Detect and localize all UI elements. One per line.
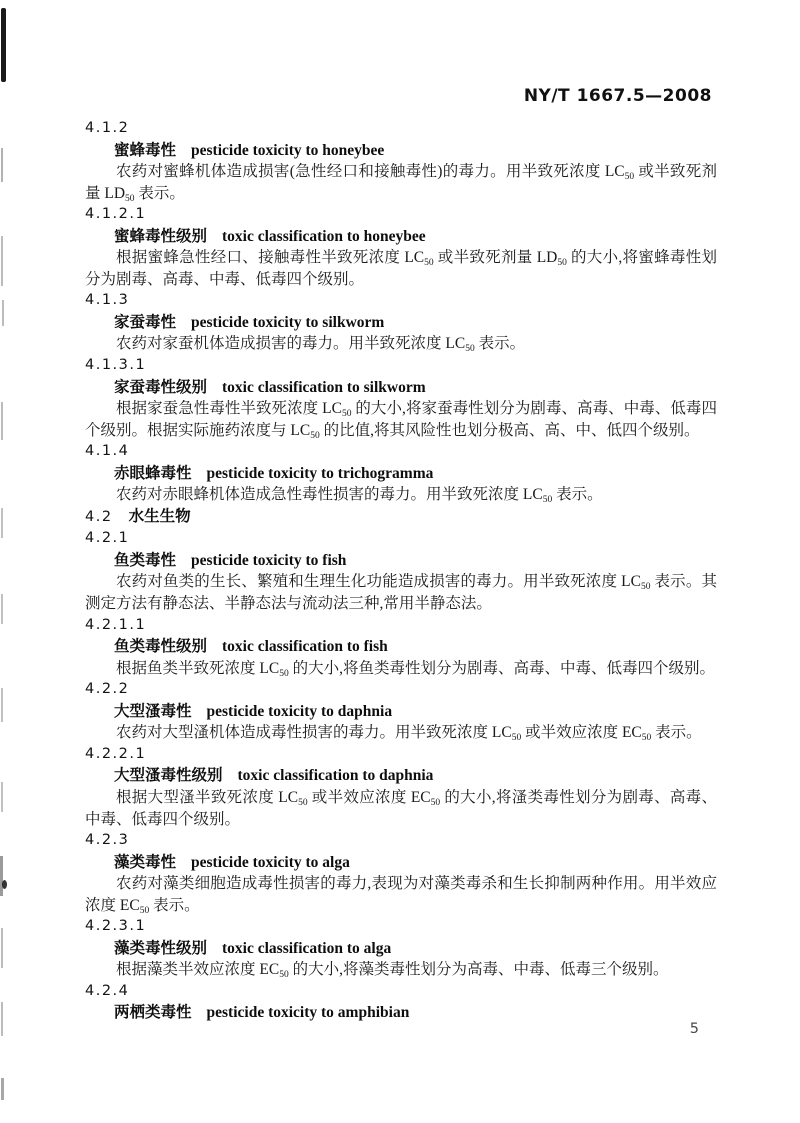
clause-number: 4.2.2 bbox=[85, 679, 717, 701]
scan-artifact bbox=[2, 880, 7, 889]
clause-term-en: toxic classification to honeybee bbox=[222, 228, 426, 245]
clause-number: 4.1.4 bbox=[85, 441, 717, 463]
scan-artifact bbox=[2, 300, 4, 326]
scan-artifact bbox=[1, 1002, 3, 1036]
clause-term-en: toxic classification to silkworm bbox=[222, 379, 426, 396]
clause-term: 大型溞毒性级别 bbox=[114, 766, 223, 784]
scan-artifact bbox=[1, 688, 3, 722]
clause-term-line: 藻类毒性pesticide toxicity to alga bbox=[85, 852, 717, 874]
clause-term-en: pesticide toxicity to honeybee bbox=[191, 142, 384, 159]
standard-number-header: NY/T 1667.5—2008 bbox=[524, 86, 712, 106]
clause-term-en: pesticide toxicity to amphibian bbox=[207, 1004, 410, 1021]
clause-4.1.3: 4.1.3家蚕毒性pesticide toxicity to silkworm农… bbox=[85, 290, 717, 355]
clause-number: 4.2.2.1 bbox=[85, 744, 717, 766]
clause-number: 4.1.2.1 bbox=[85, 204, 717, 226]
clause-4.1.4: 4.1.4赤眼蜂毒性pesticide toxicity to trichogr… bbox=[85, 441, 717, 506]
clause-term-line: 大型溞毒性级别toxic classification to daphnia bbox=[85, 765, 717, 787]
document-page: NY/T 1667.5—2008 4.1.2蜜蜂毒性pesticide toxi… bbox=[0, 0, 800, 1123]
clause-number: 4.2.3.1 bbox=[85, 916, 717, 938]
scan-artifact bbox=[1, 236, 3, 286]
clause-term-en: pesticide toxicity to fish bbox=[191, 552, 346, 569]
clause-number: 4.2.4 bbox=[85, 981, 717, 1003]
clause-body: 根据蜜蜂急性经口、接触毒性半致死浓度 LC50 或半致死剂量 LD50 的大小,… bbox=[85, 247, 717, 290]
clause-4.2.2: 4.2.2大型溞毒性pesticide toxicity to daphnia农… bbox=[85, 679, 717, 744]
clause-term-line: 鱼类毒性pesticide toxicity to fish bbox=[85, 550, 717, 572]
clause-term: 大型溞毒性 bbox=[114, 702, 192, 720]
clause-term-en: pesticide toxicity to alga bbox=[191, 854, 350, 871]
clause-body: 根据家蚕急性毒性半致死浓度 LC50 的大小,将家蚕毒性划分为剧毒、高毒、中毒、… bbox=[85, 398, 717, 441]
scan-artifact bbox=[1, 8, 6, 82]
scan-artifact bbox=[1, 402, 3, 440]
document-content: 4.1.2蜜蜂毒性pesticide toxicity to honeybee农… bbox=[85, 118, 717, 1024]
clause-4.2: 4.2水生生物 bbox=[85, 506, 717, 529]
clause-body: 根据鱼类半致死浓度 LC50 的大小,将鱼类毒性划分为剧毒、高毒、中毒、低毒四个… bbox=[85, 658, 717, 680]
clause-4.2.4: 4.2.4两栖类毒性pesticide toxicity to amphibia… bbox=[85, 981, 717, 1024]
clause-term-line: 藻类毒性级别toxic classification to alga bbox=[85, 938, 717, 960]
clause-term-line: 鱼类毒性级别toxic classification to fish bbox=[85, 636, 717, 658]
clause-body: 农药对家蚕机体造成损害的毒力。用半致死浓度 LC50 表示。 bbox=[85, 333, 717, 355]
clause-term: 水生生物 bbox=[129, 507, 191, 525]
clause-term-en: pesticide toxicity to silkworm bbox=[191, 314, 384, 331]
clause-term-en: pesticide toxicity to trichogramma bbox=[207, 465, 434, 482]
clause-term: 藻类毒性级别 bbox=[114, 939, 207, 957]
clause-term-line: 赤眼蜂毒性pesticide toxicity to trichogramma bbox=[85, 463, 717, 485]
clause-number: 4.2.3 bbox=[85, 830, 717, 852]
clause-term-line: 蜜蜂毒性pesticide toxicity to honeybee bbox=[85, 140, 717, 162]
clause-4.1.3.1: 4.1.3.1家蚕毒性级别toxic classification to sil… bbox=[85, 355, 717, 441]
scan-artifact bbox=[1, 1078, 4, 1100]
clause-term-en: toxic classification to daphnia bbox=[238, 767, 434, 784]
clause-4.2.3: 4.2.3藻类毒性pesticide toxicity to alga农药对藻类… bbox=[85, 830, 717, 916]
clause-term: 鱼类毒性级别 bbox=[114, 637, 207, 655]
clause-term-line: 家蚕毒性pesticide toxicity to silkworm bbox=[85, 312, 717, 334]
clause-term-en: pesticide toxicity to daphnia bbox=[207, 703, 393, 720]
page-number: 5 bbox=[690, 1021, 699, 1037]
clause-term: 藻类毒性 bbox=[114, 853, 176, 871]
scan-artifact bbox=[1, 148, 3, 182]
clause-term-en: toxic classification to fish bbox=[222, 638, 388, 655]
clause-body: 根据藻类半效应浓度 EC50 的大小,将藻类毒性划分为高毒、中毒、低毒三个级别。 bbox=[85, 959, 717, 981]
clause-number: 4.1.2 bbox=[85, 118, 717, 140]
clause-number: 4.1.3 bbox=[85, 290, 717, 312]
clause-term: 蜜蜂毒性级别 bbox=[114, 227, 207, 245]
clause-4.1.2: 4.1.2蜜蜂毒性pesticide toxicity to honeybee农… bbox=[85, 118, 717, 204]
clause-body: 农药对大型溞机体造成毒性损害的毒力。用半致死浓度 LC50 或半效应浓度 EC5… bbox=[85, 722, 717, 744]
clause-body: 根据大型溞半致死浓度 LC50 或半效应浓度 EC50 的大小,将溞类毒性划分为… bbox=[85, 787, 717, 830]
clause-term: 鱼类毒性 bbox=[114, 551, 176, 569]
clause-body: 农药对藻类细胞造成毒性损害的毒力,表现为对藻类毒杀和生长抑制两种作用。用半效应浓… bbox=[85, 873, 717, 916]
scan-artifact bbox=[0, 856, 3, 896]
clause-term: 赤眼蜂毒性 bbox=[114, 464, 192, 482]
clause-term-en: toxic classification to alga bbox=[222, 940, 391, 957]
clause-body: 农药对鱼类的生长、繁殖和生理生化功能造成损害的毒力。用半致死浓度 LC50 表示… bbox=[85, 571, 717, 614]
scan-artifact bbox=[1, 594, 3, 624]
clause-term-line: 两栖类毒性pesticide toxicity to amphibian bbox=[85, 1002, 717, 1024]
clause-term: 蜜蜂毒性 bbox=[114, 141, 176, 159]
scan-artifact bbox=[1, 928, 3, 968]
clause-term-line: 蜜蜂毒性级别toxic classification to honeybee bbox=[85, 226, 717, 248]
clause-number: 4.2 bbox=[85, 509, 113, 525]
scan-artifact bbox=[1, 508, 3, 538]
clause-body: 农药对蜜蜂机体造成损害(急性经口和接触毒性)的毒力。用半致死浓度 LC50 或半… bbox=[85, 161, 717, 204]
clause-number: 4.2.1.1 bbox=[85, 615, 717, 637]
clause-number: 4.2.1 bbox=[85, 528, 717, 550]
clause-number: 4.1.3.1 bbox=[85, 355, 717, 377]
clause-term: 两栖类毒性 bbox=[114, 1003, 192, 1021]
clause-4.1.2.1: 4.1.2.1蜜蜂毒性级别toxic classification to hon… bbox=[85, 204, 717, 290]
clause-4.2.2.1: 4.2.2.1大型溞毒性级别toxic classification to da… bbox=[85, 744, 717, 830]
clause-term-line: 大型溞毒性pesticide toxicity to daphnia bbox=[85, 701, 717, 723]
clause-term-line: 家蚕毒性级别toxic classification to silkworm bbox=[85, 377, 717, 399]
clause-4.2.1.1: 4.2.1.1鱼类毒性级别toxic classification to fis… bbox=[85, 615, 717, 680]
clause-term: 家蚕毒性级别 bbox=[114, 378, 207, 396]
clause-body: 农药对赤眼蜂机体造成急性毒性损害的毒力。用半致死浓度 LC50 表示。 bbox=[85, 484, 717, 506]
clause-4.2.3.1: 4.2.3.1藻类毒性级别toxic classification to alg… bbox=[85, 916, 717, 981]
clause-term: 家蚕毒性 bbox=[114, 313, 176, 331]
group-heading: 4.2水生生物 bbox=[85, 506, 717, 529]
scan-artifact bbox=[1, 782, 3, 812]
clause-4.2.1: 4.2.1鱼类毒性pesticide toxicity to fish农药对鱼类… bbox=[85, 528, 717, 614]
